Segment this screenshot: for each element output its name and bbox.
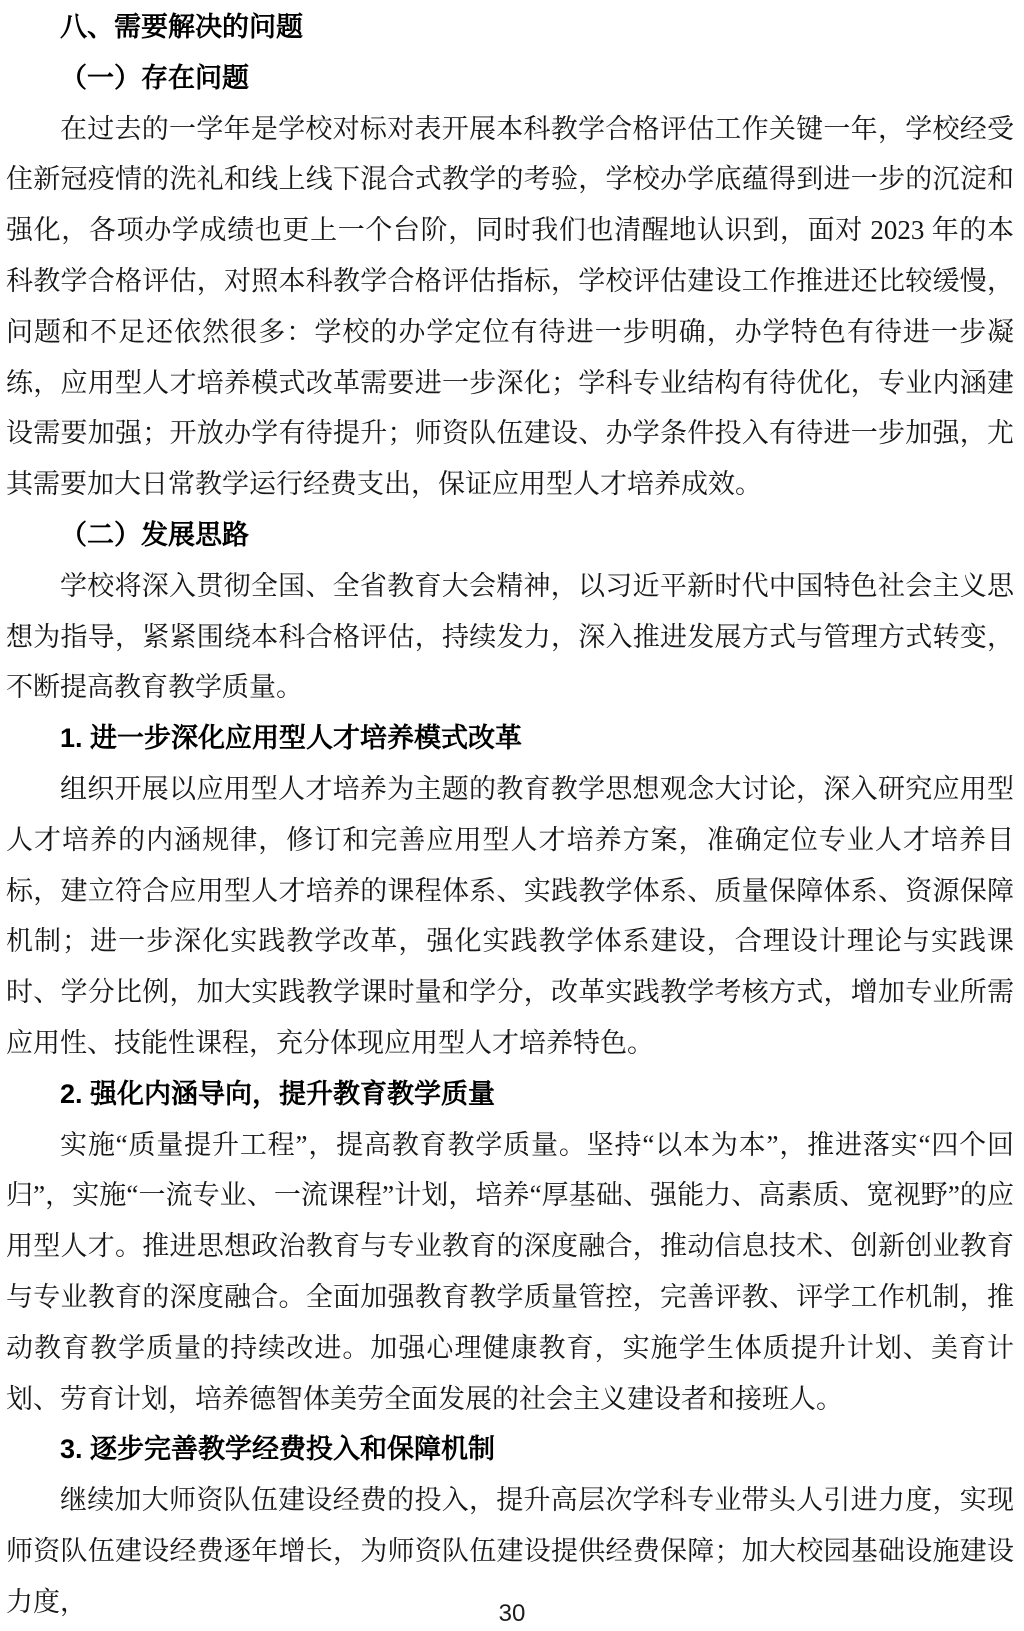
subsection-heading-2: （二）发展思路 xyxy=(6,510,1014,561)
numbered-heading-3: 3. 逐步完善教学经费投入和保障机制 xyxy=(6,1424,1014,1475)
paragraph-2: 学校将深入贯彻全国、全省教育大会精神，以习近平新时代中国特色社会主义思想为指导，… xyxy=(6,561,1014,713)
numbered-heading-2: 2. 强化内涵导向，提升教育教学质量 xyxy=(6,1069,1014,1120)
page-footer: 30 xyxy=(0,1602,1024,1626)
paragraph-1: 在过去的一学年是学校对标对表开展本科教学合格评估工作关键一年，学校经受住新冠疫情… xyxy=(6,104,1014,510)
paragraph-3: 组织开展以应用型人才培养为主题的教育教学思想观念大讨论，深入研究应用型人才培养的… xyxy=(6,764,1014,1069)
document-content: 八、需要解决的问题 （一）存在问题 在过去的一学年是学校对标对表开展本科教学合格… xyxy=(0,0,1024,1628)
subsection-heading-1: （一）存在问题 xyxy=(6,53,1014,104)
numbered-heading-1: 1. 进一步深化应用型人才培养模式改革 xyxy=(6,713,1014,764)
section-heading: 八、需要解决的问题 xyxy=(6,2,1014,53)
paragraph-4: 实施“质量提升工程”，提高教育教学质量。坚持“以本为本”，推进落实“四个回归”，… xyxy=(6,1120,1014,1425)
document-page: 八、需要解决的问题 （一）存在问题 在过去的一学年是学校对标对表开展本科教学合格… xyxy=(0,0,1024,1631)
page-number: 30 xyxy=(499,1600,526,1627)
